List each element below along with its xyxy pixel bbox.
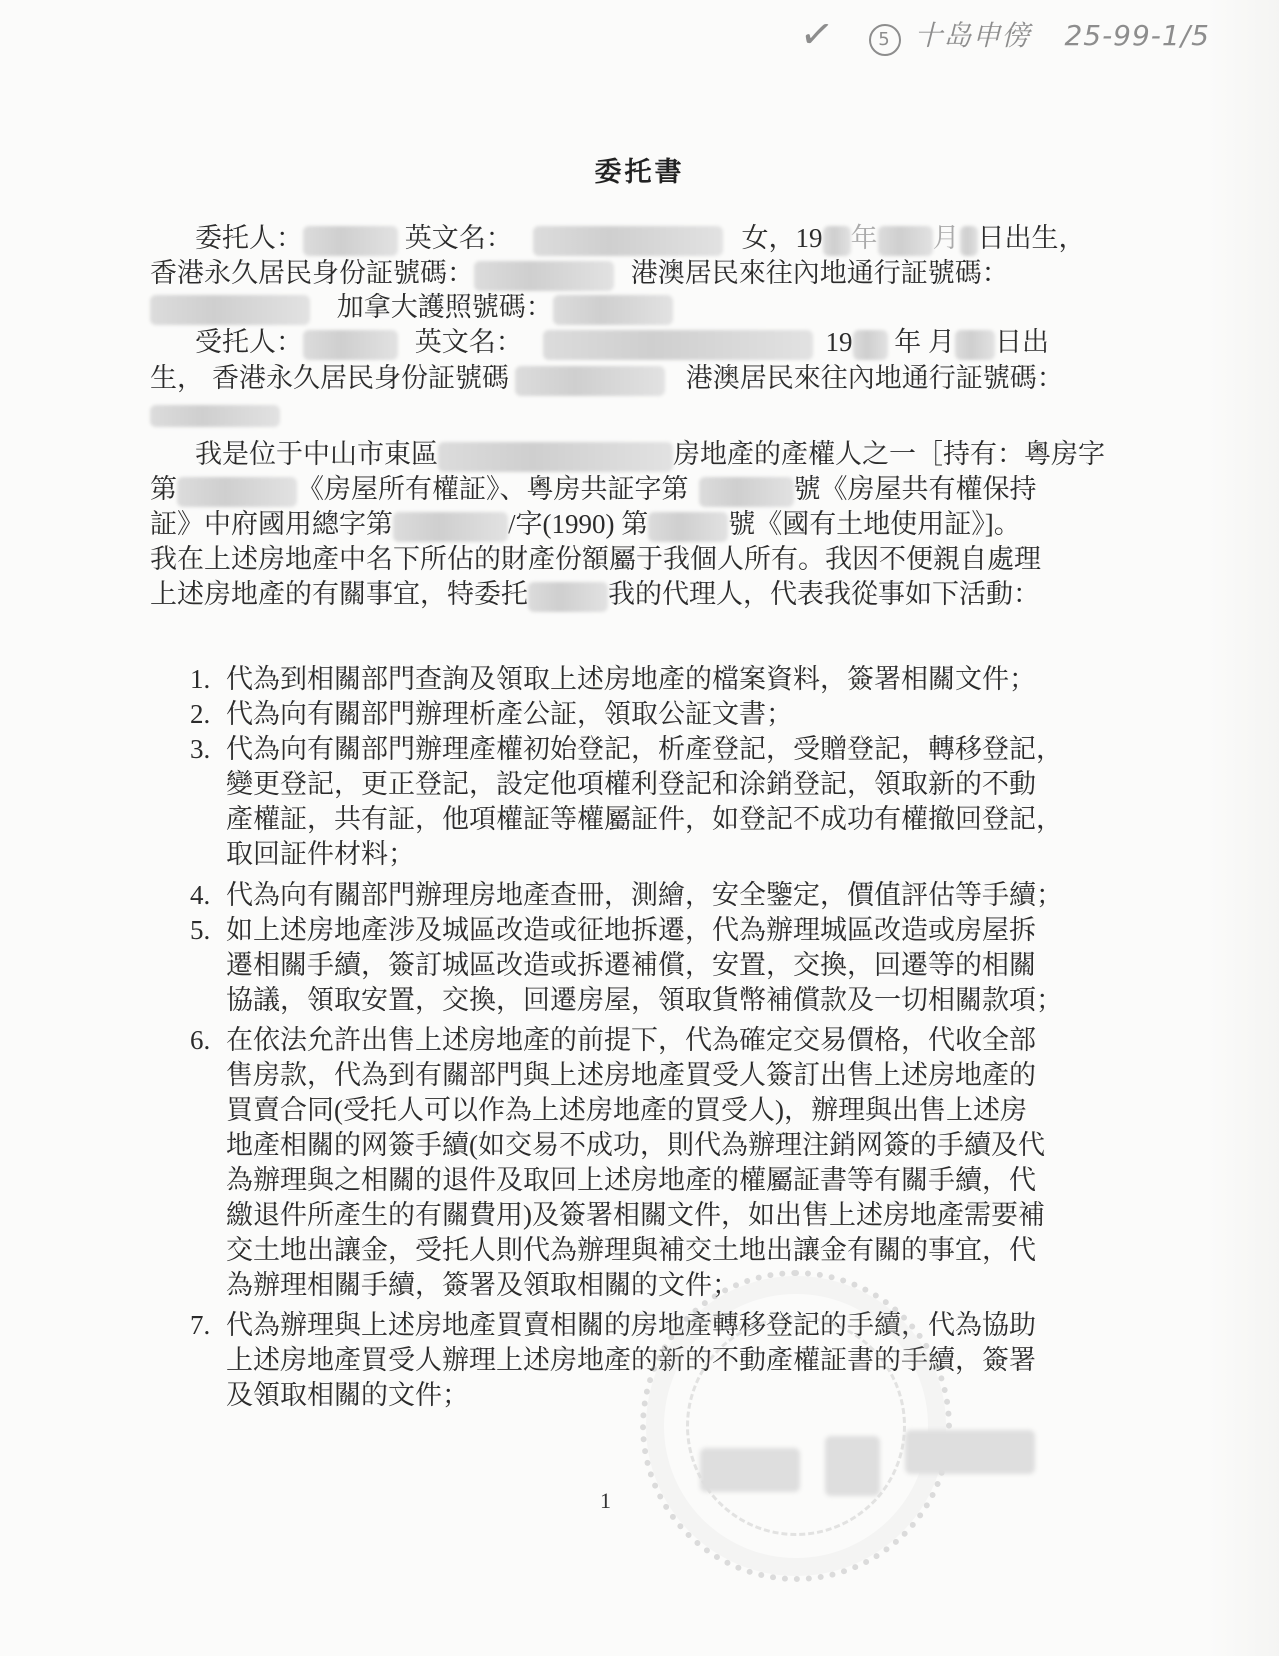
page-number: 1 — [600, 1488, 611, 1514]
principal-line-3: 加拿大護照號碼： — [150, 290, 673, 325]
statement-line-5: 上述房地產的有關事宜，特委托我的代理人，代表我從事如下活動： — [150, 577, 1040, 612]
redacted-name — [303, 226, 398, 256]
item-6-line-5: 為辦理與之相關的退件及取回上述房地產的權屬証書等有關手續，代 — [226, 1163, 1036, 1197]
circled-number: 5 — [869, 24, 901, 56]
item-6: 6.在依法允許出售上述房地產的前提下，代為確定交易價格，代收全部 — [190, 1023, 1036, 1057]
redacted-agent-ref — [528, 582, 608, 612]
scan-edge-shadow — [1209, 0, 1279, 1656]
principal-line-1: 委托人： 英文名： 女，19年月日出生， — [195, 221, 1086, 256]
statement-line-3: 証》中府國用總字第/字(1990) 第號《國有土地使用証》]。 — [150, 507, 1021, 542]
item-5: 5.如上述房地產涉及城區改造或征地拆遷，代為辦理城區改造或房屋拆 — [190, 913, 1036, 947]
redacted-english-name — [533, 226, 723, 256]
redacted-certificate-no — [177, 477, 297, 507]
redacted-address — [438, 442, 673, 472]
redacted-hkid — [474, 261, 614, 291]
handwritten-note: 5 十岛申傍 — [869, 14, 1031, 56]
item-2: 2.代為向有關部門辦理析產公証，領取公証文書； — [190, 697, 793, 731]
redacted-land-use-no-2 — [648, 512, 728, 542]
item-6-line-2: 售房款，代為到有關部門與上述房地產買受人簽訂出售上述房地產的 — [226, 1058, 1036, 1092]
redacted-passport-number — [553, 295, 673, 325]
principal-line-2: 香港永久居民身份証號碼： 港澳居民來往內地通行証號碼： — [150, 256, 1009, 291]
scanned-document-page: ✓ 5 十岛申傍 25-99-1/5 委托書 委托人： 英文名： 女，19年月日… — [0, 0, 1279, 1656]
redacted-month — [878, 226, 933, 256]
redacted-land-use-no — [393, 512, 508, 542]
item-6-line-6: 繳退件所產生的有關費用)及簽署相關文件，如出售上述房地產需要補 — [226, 1198, 1045, 1232]
item-7-line-3: 及領取相關的文件； — [226, 1378, 469, 1412]
item-6-line-7: 交土地出讓金，受托人則代為辦理與補交土地出讓金有關的事宜，代 — [226, 1233, 1036, 1267]
statement-line-4: 我在上述房地產中名下所佔的財產份額屬于我個人所有。我因不便親自處理 — [150, 542, 1041, 576]
redacted-agent-year — [853, 330, 888, 360]
statement-line-1: 我是位于中山市東區房地產的產權人之一［持有：粵房字 — [195, 437, 1105, 472]
check-mark-icon: ✓ — [797, 10, 838, 60]
item-3-line-4: 取回証件材料； — [226, 837, 415, 871]
item-6-line-8: 為辦理相關手續，簽署及領取相關的文件； — [226, 1268, 739, 1302]
redacted-signature — [700, 1430, 1040, 1510]
statement-line-2: 第《房屋所有權証》、粵房共証字第號《房屋共有權保持 — [150, 472, 1037, 507]
item-1: 1.代為到相關部門查詢及領取上述房地產的檔案資料，簽署相關文件； — [190, 662, 1036, 696]
redacted-permit-number — [150, 295, 310, 325]
notary-seal-watermark — [640, 1270, 952, 1582]
redacted-agent-name — [303, 330, 398, 360]
item-3-line-3: 產權証，共有証，他項權証等權屬証件，如登記不成功有權撤回登記， — [226, 802, 1063, 836]
item-5-line-2: 遷相關手續，簽訂城區改造或拆遷補償，安置，交換，回遷等的相關 — [226, 948, 1036, 982]
item-3-line-2: 變更登記，更正登記，設定他項權利登記和涂銷登記，領取新的不動 — [226, 767, 1036, 801]
redacted-agent-english-name — [543, 330, 813, 360]
redacted-agent-day — [955, 330, 995, 360]
handwritten-annotation: ✓ 5 十岛申傍 25-99-1/5 — [800, 12, 1210, 58]
agent-line-1: 受托人： 英文名： 19 年 月日出 — [195, 325, 1049, 360]
redacted-day — [960, 226, 978, 256]
item-6-line-3: 買賣合同(受托人可以作為上述房地產的買受人)，辦理與出售上述房 — [226, 1093, 1027, 1127]
item-5-line-3: 協議，領取安置，交換，回遷房屋，領取貨幣補償款及一切相關款項； — [226, 983, 1063, 1017]
redacted-agent-permit — [150, 405, 280, 427]
item-6-line-4: 地產相關的网簽手續(如交易不成功，則代為辦理注銷网簽的手續及代 — [226, 1128, 1045, 1162]
agent-line-3 — [150, 396, 280, 430]
redacted-agent-hkid — [515, 366, 665, 396]
redacted-year — [823, 226, 851, 256]
handwritten-reference: 25-99-1/5 — [1064, 19, 1210, 52]
redacted-co-ownership-no — [699, 477, 794, 507]
document-title: 委托書 — [0, 150, 1279, 189]
agent-line-2: 生，香港永久居民身份証號碼 港澳居民來往內地通行証號碼： — [150, 361, 1064, 396]
item-4: 4.代為向有關部門辦理房地產查冊，測繪，安全鑒定，價值評估等手續； — [190, 878, 1063, 912]
item-3: 3.代為向有關部門辦理產權初始登記，析產登記，受贈登記，轉移登記， — [190, 732, 1063, 766]
